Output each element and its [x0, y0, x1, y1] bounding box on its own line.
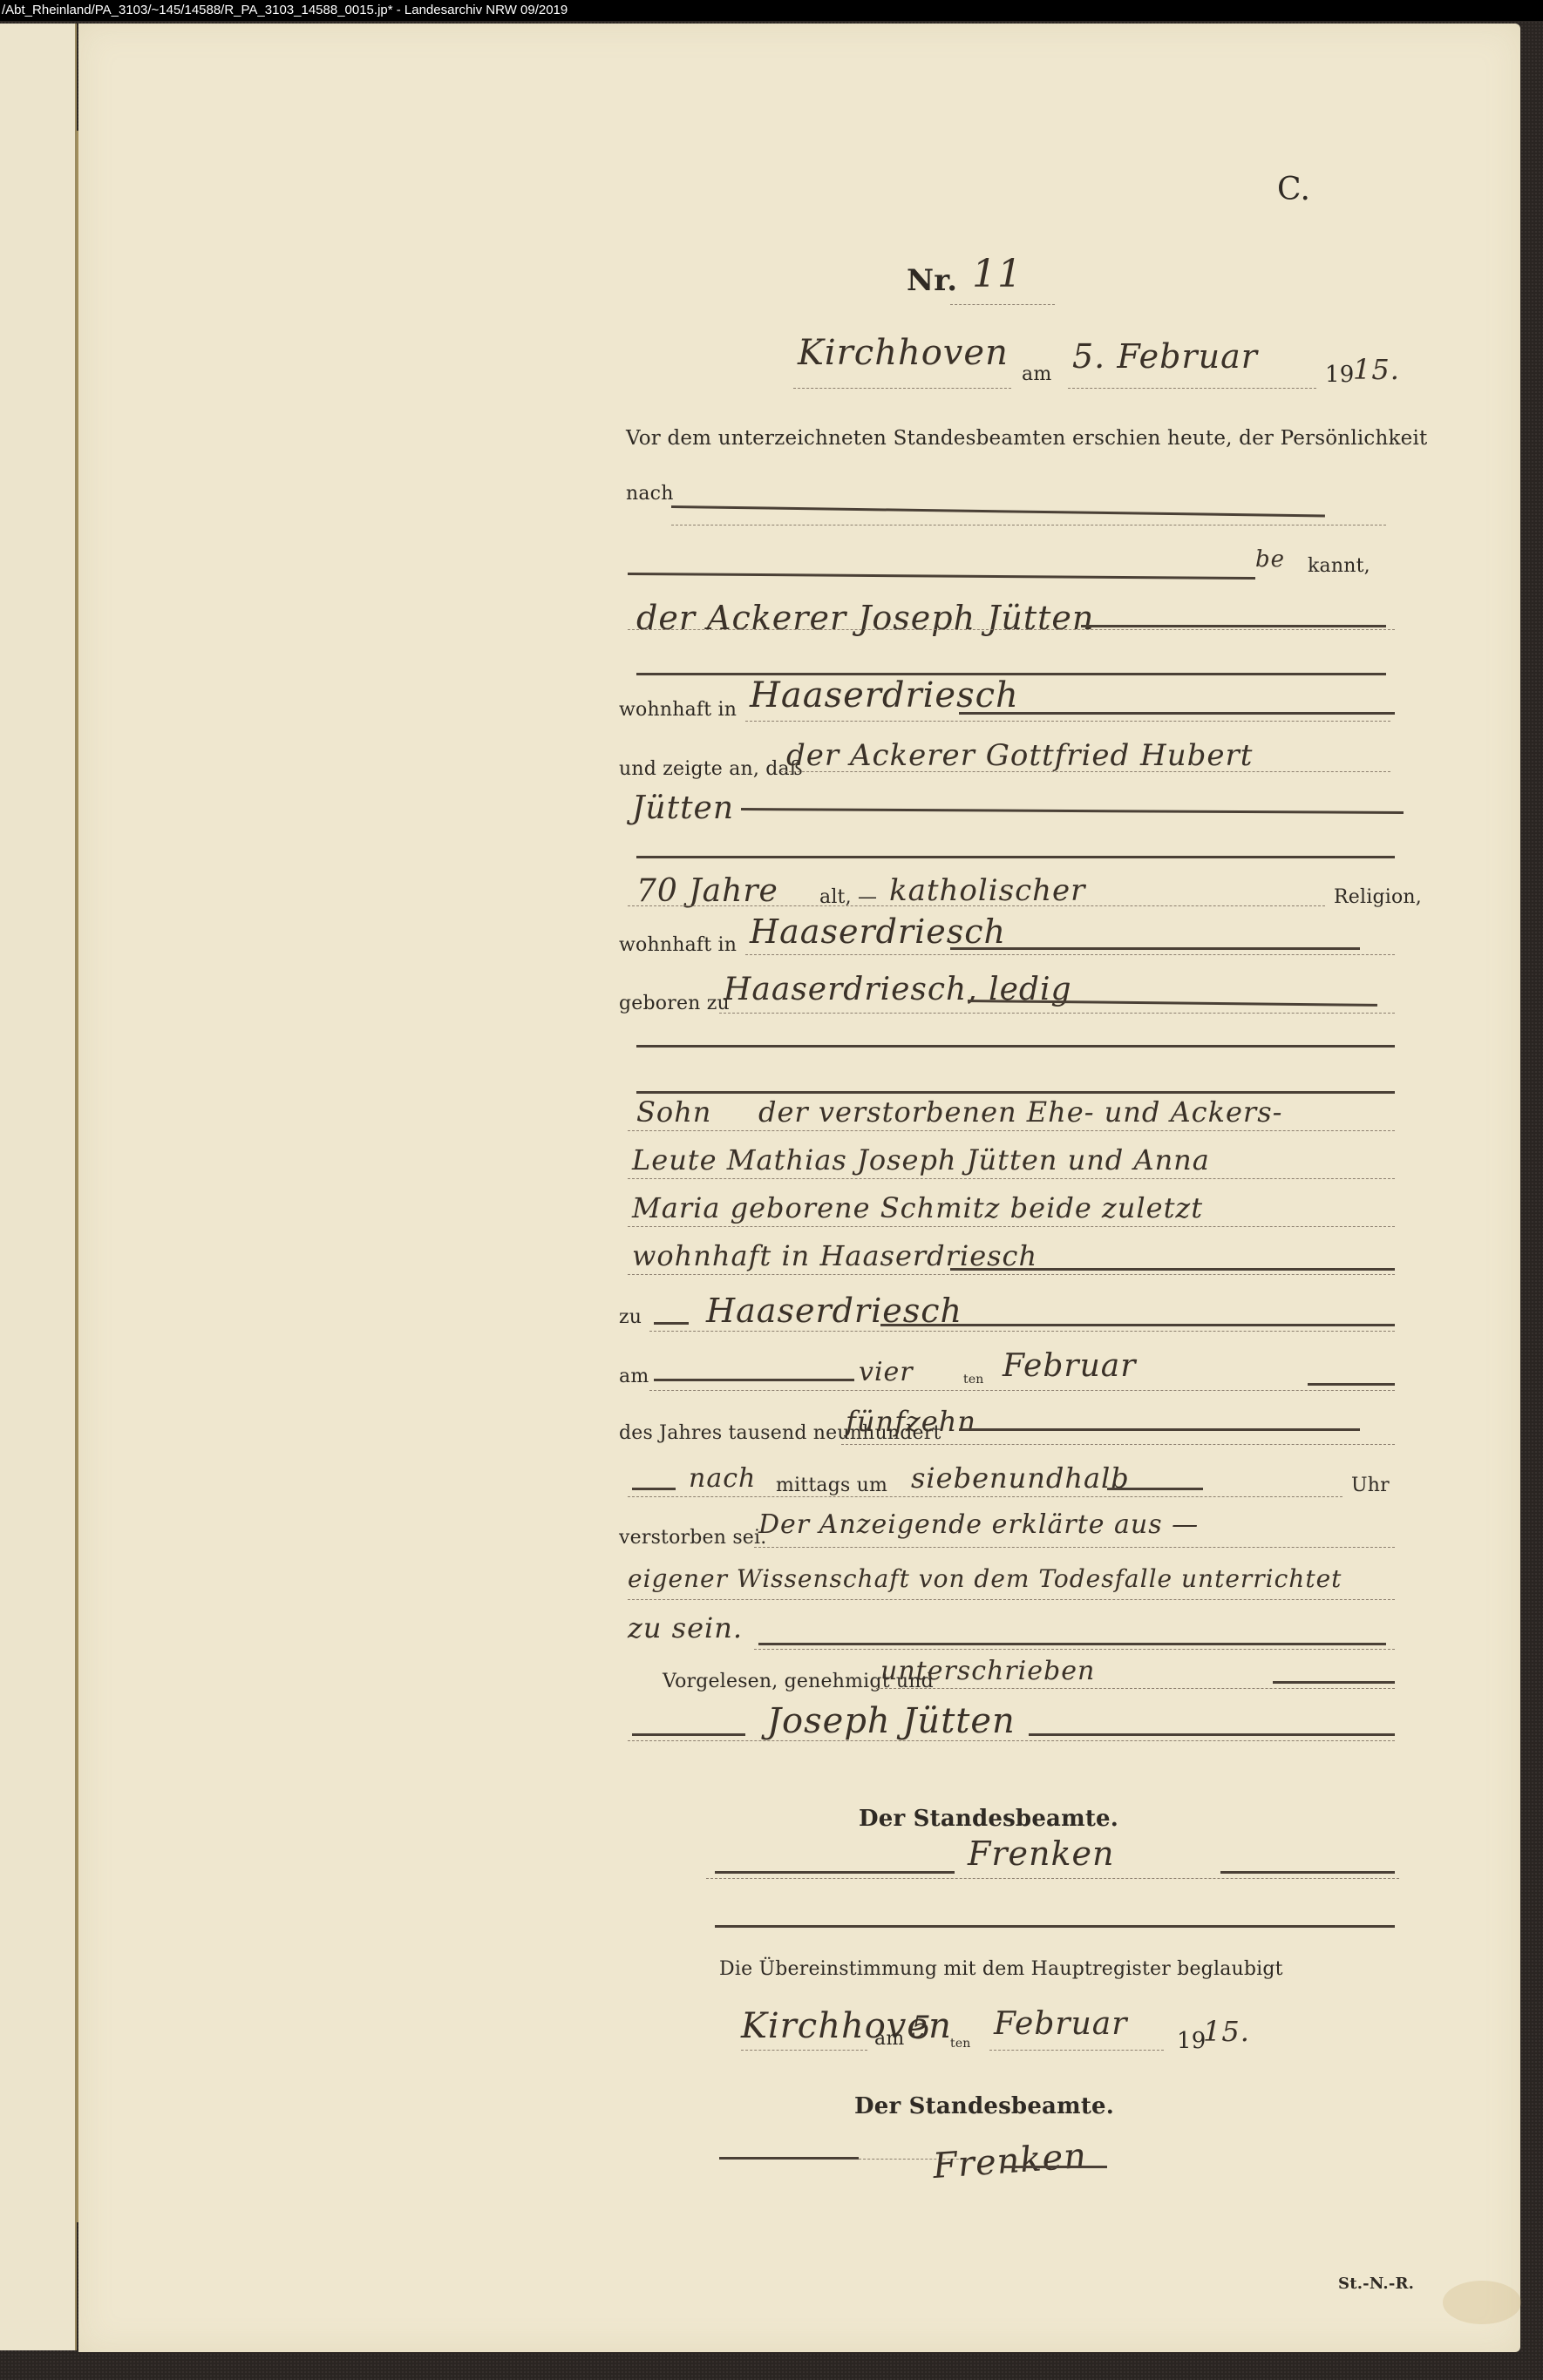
signature-line — [628, 1740, 1395, 1741]
entry-number: 11 — [972, 252, 1023, 296]
informant-strike — [1081, 625, 1386, 627]
registrar-strike-right — [1220, 1871, 1395, 1874]
cert-place-line — [741, 2050, 867, 2051]
window-title-bar: /Abt_Rheinland/PA_3103/~145/14588/R_PA_3… — [0, 0, 1543, 21]
death-place-strike — [880, 1324, 1395, 1326]
cert-ten-label: ten — [950, 2037, 971, 2051]
register-page: C. Nr. 11 Kirchhoven am 5. Februar 19 15… — [78, 24, 1520, 2352]
parents-line2: Leute Mathias Joseph Jütten und Anna — [632, 1143, 1210, 1176]
registrar-signature: Frenken — [968, 1834, 1114, 1873]
am-strike — [654, 1379, 854, 1381]
vorgelesen-line — [876, 1688, 1395, 1689]
blank-strike-3 — [636, 1045, 1395, 1048]
date-value: 5. Februar — [1072, 337, 1258, 376]
registrar-signature-2: Frenken — [932, 2136, 1089, 2187]
paper-stain — [1443, 2281, 1521, 2324]
parents-strike — [950, 1268, 1395, 1271]
deceased-residence-strike — [950, 947, 1360, 950]
parents-line-1 — [628, 1130, 1395, 1131]
cert-strike-left — [719, 2157, 859, 2160]
number-line — [950, 304, 1055, 305]
registrar-strike-left — [715, 1871, 955, 1874]
death-day: vier — [859, 1357, 914, 1387]
registrar-heading: Der Standesbeamte. — [859, 1806, 1118, 1832]
wohnhaft-label-2: wohnhaft in — [619, 934, 737, 956]
remark-line-1 — [754, 1547, 1395, 1548]
remark-line-3 — [754, 1649, 1395, 1650]
time-line — [628, 1496, 1342, 1497]
wohnhaft-label: wohnhaft in — [619, 699, 737, 721]
informant-line — [628, 629, 1395, 630]
informant-residence: Haaserdriesch — [750, 675, 1019, 715]
verstorben-label: verstorben sei. — [619, 1527, 766, 1549]
deceased-name-line1: der Ackerer Gottfried Hubert — [786, 738, 1253, 773]
parents-line-3 — [628, 1226, 1395, 1227]
cert-month: Februar — [994, 2006, 1127, 2042]
year-suffix: 15. — [1353, 353, 1400, 386]
vorgelesen-strike — [1273, 1681, 1395, 1684]
month-strike — [1308, 1383, 1395, 1386]
registrar-heading-2: Der Standesbeamte. — [854, 2093, 1114, 2119]
residence-line — [745, 721, 1390, 722]
am-label-2: am — [619, 1366, 649, 1387]
informant-name: der Ackerer Joseph Jütten — [636, 599, 1094, 637]
form-code: St.-N.-R. — [1338, 2275, 1414, 2293]
nach-label: nach — [626, 483, 674, 505]
parents-line-2 — [628, 1178, 1395, 1179]
deceased-strike — [741, 808, 1404, 814]
date-line — [1068, 388, 1316, 389]
am-label: am — [1022, 363, 1051, 385]
death-time: siebenundhalb — [911, 1461, 1130, 1495]
am-line — [649, 1390, 1395, 1391]
number-label: Nr. — [907, 263, 957, 298]
place-value: Kirchhoven — [798, 333, 1009, 373]
remark-line3: zu sein. — [628, 1611, 743, 1644]
nach-line — [671, 525, 1386, 525]
zeigte-line — [780, 771, 1390, 772]
ten-label: ten — [963, 1373, 984, 1387]
year-line — [841, 1444, 1395, 1445]
remark-line2: eigener Wissenschaft von dem Todesfalle … — [628, 1564, 1342, 1593]
blank-strike-5 — [715, 1925, 1395, 1928]
bekannt-label: kannt, — [1308, 555, 1370, 577]
uhr-label: Uhr — [1351, 1475, 1390, 1496]
mittags-label: mittags um — [776, 1475, 887, 1496]
cert-am-label: am — [874, 2028, 904, 2050]
corner-mark: C. — [1277, 172, 1310, 207]
religion-value: katholischer — [889, 873, 1085, 908]
cert-month-line — [989, 2050, 1164, 2051]
cert-year-prefix: 19 — [1177, 2028, 1206, 2054]
age-value: 70 Jahre — [636, 873, 778, 909]
certification-text: Die Übereinstimmung mit dem Hauptregiste… — [719, 1958, 1283, 1980]
birthplace-line — [719, 1013, 1395, 1014]
time-strike — [1107, 1488, 1203, 1490]
death-month: Februar — [1003, 1348, 1136, 1384]
remark-strike — [758, 1643, 1386, 1645]
vorgelesen-value: unterschrieben — [880, 1656, 1095, 1686]
religion-label: Religion, — [1334, 886, 1422, 908]
blank-strike-2 — [636, 856, 1395, 858]
age-line — [628, 905, 1325, 906]
cert-day: 5 — [911, 2010, 932, 2046]
parents-line-4 — [628, 1274, 1395, 1275]
zeigte-label: und zeigte an, daß — [619, 758, 803, 780]
time-dash — [632, 1488, 676, 1490]
deceased-residence: Haaserdriesch — [750, 912, 1006, 951]
bekannt-prefix: be — [1255, 546, 1285, 573]
death-year: fünfzehn — [846, 1405, 976, 1438]
signature-strike-left — [632, 1733, 745, 1736]
year-strike — [959, 1428, 1360, 1431]
year-prefix: 19 — [1325, 362, 1354, 388]
parents-line1-b: der verstorbenen Ehe- und Ackers- — [758, 1095, 1282, 1129]
time-prefix: nach — [689, 1463, 756, 1494]
blank-strike-4 — [636, 1091, 1395, 1094]
intro-text: Vor dem unterzeichneten Standesbeamten e… — [626, 427, 1427, 450]
death-place-line — [649, 1331, 1395, 1332]
parents-line1-a: Sohn — [636, 1095, 711, 1129]
deceased-name-line2: Jütten — [632, 790, 734, 826]
deceased-residence-line — [745, 954, 1395, 955]
zu-label: zu — [619, 1306, 642, 1328]
geboren-label: geboren zu — [619, 993, 730, 1014]
registrar-line — [706, 1878, 1399, 1879]
cert-strike-right — [1003, 2166, 1107, 2168]
zu-dash — [654, 1322, 689, 1325]
left-page-edge — [0, 24, 77, 2350]
bekannt-strike — [628, 573, 1255, 580]
remark-line-2 — [628, 1599, 1395, 1600]
nach-strike — [671, 505, 1325, 517]
remark-line1: Der Anzeigende erklärte aus — — [758, 1509, 1199, 1540]
cert-year-suffix: 15. — [1203, 2015, 1250, 2048]
residence-strike — [959, 712, 1395, 715]
signature-strike-right — [1029, 1733, 1395, 1736]
place-line — [793, 388, 1011, 389]
informant-signature: Joseph Jütten — [767, 1701, 1016, 1741]
parents-line3: Maria geborene Schmitz beide zuletzt — [632, 1191, 1203, 1224]
